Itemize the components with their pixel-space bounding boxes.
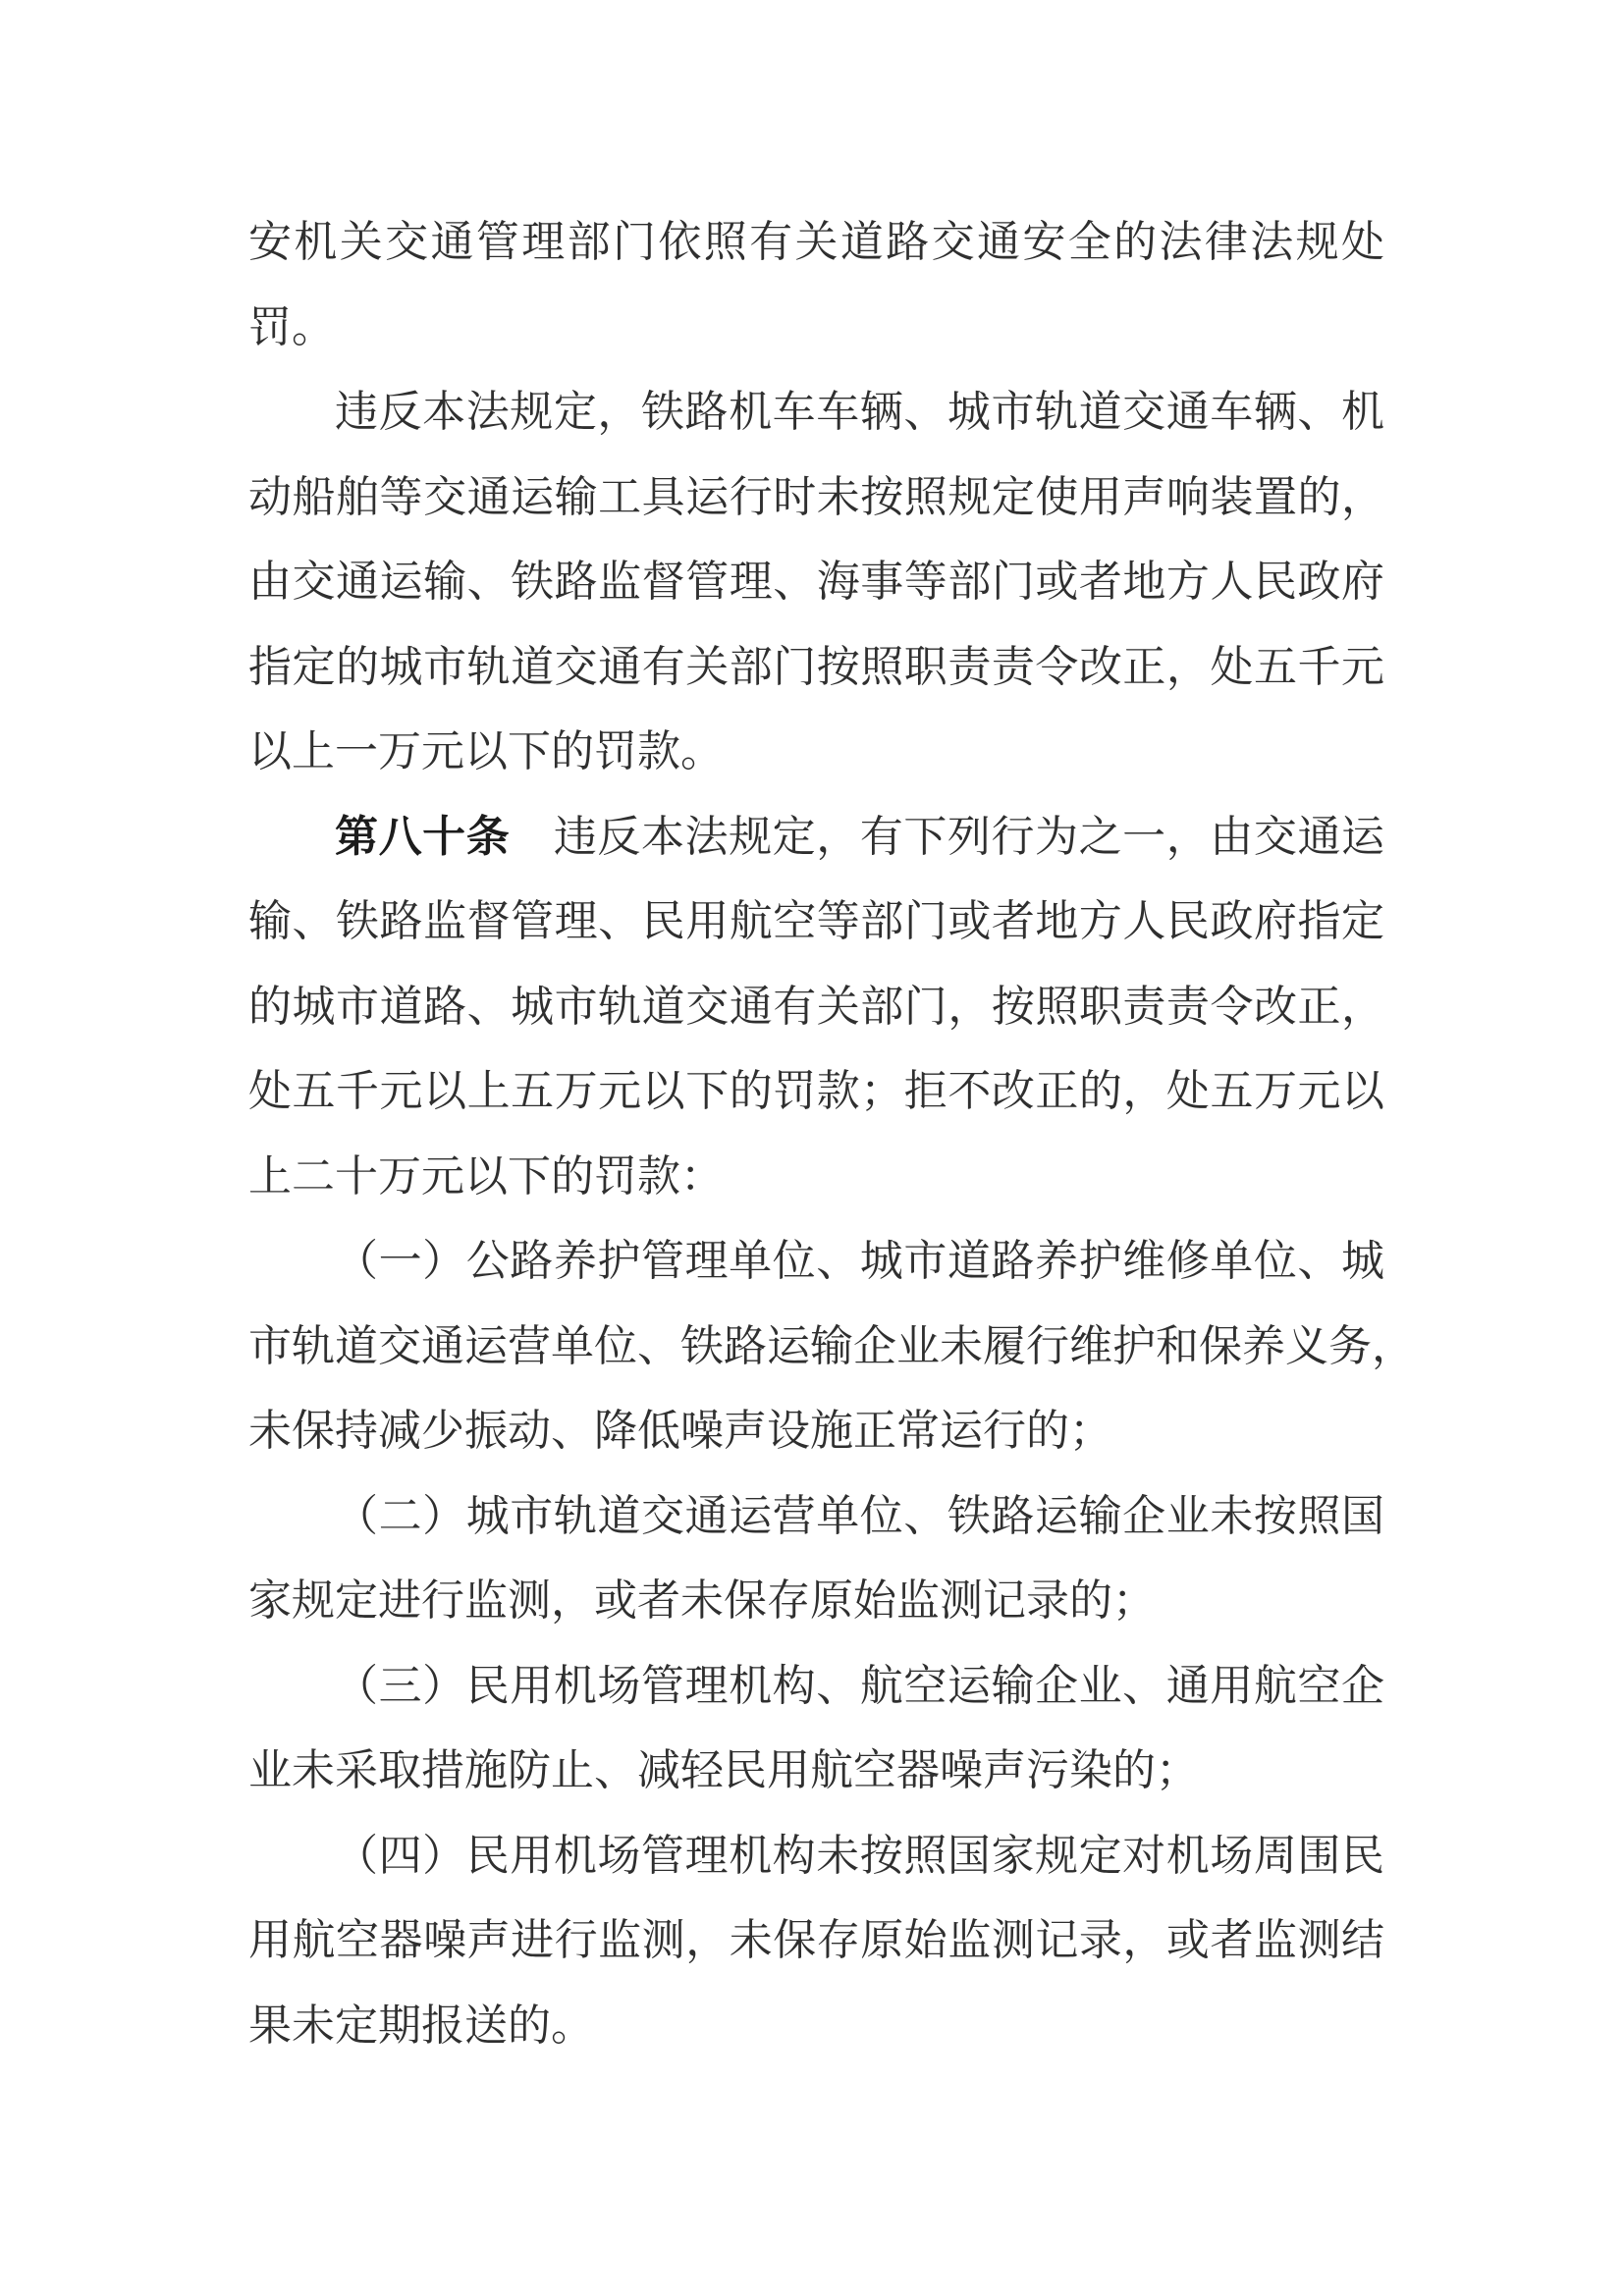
legal-text-block: 安机关交通管理部门依照有关道路交通安全的法律法规处 罚。 违反本法规定，铁路机车… (248, 200, 1384, 2068)
text-line: 上二十万元以下的罚款： (248, 1135, 1384, 1220)
text-line: 第八十条 违反本法规定，有下列行为之一，由交通运 (248, 795, 1384, 881)
article-number: 第八十条 (335, 813, 510, 861)
text-line: 果未定期报送的。 (248, 1984, 1384, 2069)
text-line: 安机关交通管理部门依照有关道路交通安全的法律法规处 (248, 200, 1384, 286)
text-line: 动船舶等交通运输工具运行时未按照规定使用声响装置的， (248, 455, 1384, 541)
text-line: 指定的城市轨道交通有关部门按照职责责令改正，处五千元 (248, 625, 1384, 711)
text-line: （一）公路养护管理单位、城市道路养护维修单位、城 (248, 1219, 1384, 1305)
text-line: 违反本法规定，铁路机车车辆、城市轨道交通车辆、机 (248, 370, 1384, 455)
text-line: （三）民用机场管理机构、航空运输企业、通用航空企 (248, 1644, 1384, 1730)
text-line: （二）城市轨道交通运营单位、铁路运输企业未按照国 (248, 1474, 1384, 1560)
text-line: 以上一万元以下的罚款。 (248, 710, 1384, 795)
text-line: 输、铁路监督管理、民用航空等部门或者地方人民政府指定 (248, 880, 1384, 965)
text-line: 市轨道交通运营单位、铁路运输企业未履行维护和保养义务， (248, 1305, 1384, 1390)
text-line: 罚。 (248, 286, 1384, 371)
text-line: 业未采取措施防止、减轻民用航空器噪声污染的； (248, 1729, 1384, 1814)
text-line: 家规定进行监测，或者未保存原始监测记录的； (248, 1559, 1384, 1644)
article-body-start: 违反本法规定，有下列行为之一，由交通运 (510, 813, 1384, 861)
document-page: 安机关交通管理部门依照有关道路交通安全的法律法规处 罚。 违反本法规定，铁路机车… (0, 0, 1624, 2296)
text-line: 未保持减少振动、降低噪声设施正常运行的； (248, 1389, 1384, 1474)
text-line: 的城市道路、城市轨道交通有关部门，按照职责责令改正， (248, 965, 1384, 1050)
text-line: （四）民用机场管理机构未按照国家规定对机场周围民 (248, 1814, 1384, 1899)
text-line: 由交通运输、铁路监督管理、海事等部门或者地方人民政府 (248, 540, 1384, 625)
text-line: 用航空器噪声进行监测，未保存原始监测记录，或者监测结 (248, 1898, 1384, 1984)
text-line: 处五千元以上五万元以下的罚款；拒不改正的，处五万元以 (248, 1049, 1384, 1135)
